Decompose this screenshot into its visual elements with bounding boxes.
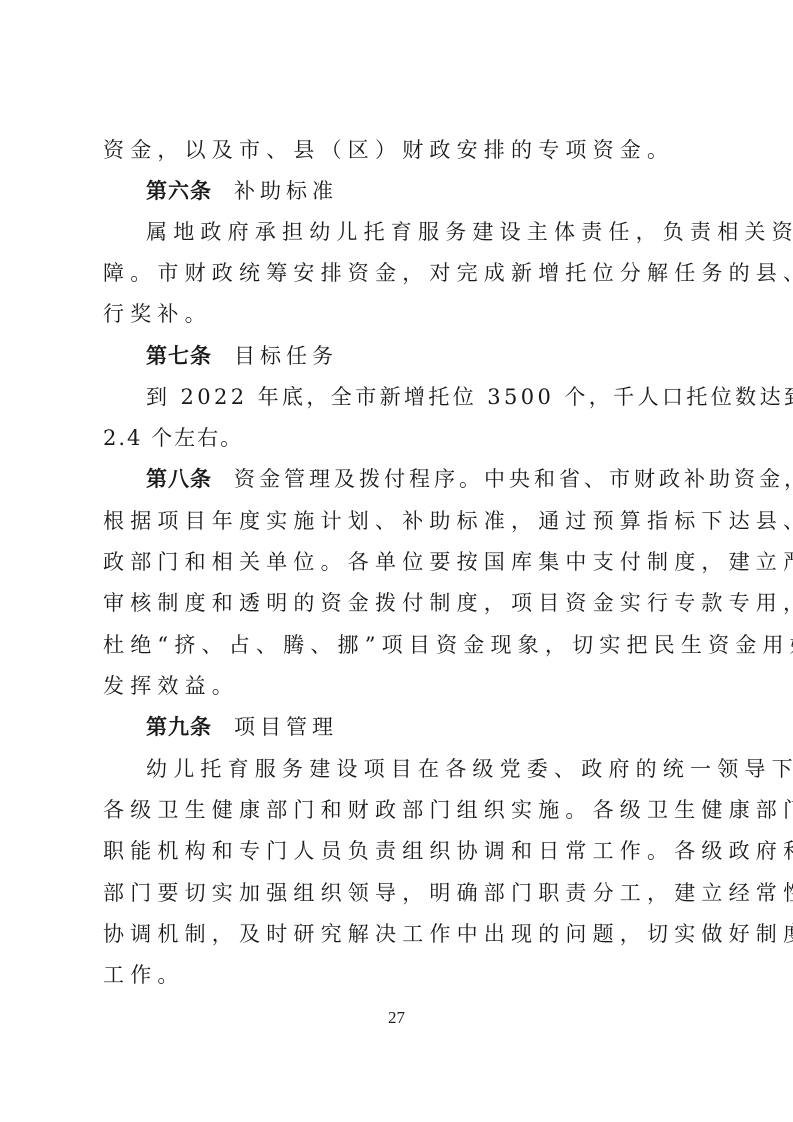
article-number: 第七条 [146,344,212,368]
body-text-line: 杜绝“挤、占、腾、挪”项目资金现象，切实把民生资金用好， [103,630,693,660]
body-text-line: 职能机构和专门人员负责组织协调和日常工作。各级政府和有关 [103,836,693,866]
body-text-line: 协调机制，及时研究解决工作中出现的问题，切实做好制度实施 [103,919,693,949]
article-number: 第六条 [146,179,212,203]
body-text-line: 2.4 个左右。 [103,423,693,453]
body-text-line: 资金，以及市、县（区）财政安排的专项资金。 [103,135,693,165]
article-number: 第九条 [146,715,212,739]
body-text-line: 属地政府承担幼儿托育服务建设主体责任，负责相关资金保 [146,217,693,247]
body-text-line: 工作。 [103,960,693,990]
body-text-line: 障。市财政统筹安排资金，对完成新增托位分解任务的县、区进 [103,258,693,288]
body-text-line: 行奖补。 [103,299,693,329]
body-text-line: 政部门和相关单位。各单位要按国库集中支付制度，建立严密的 [103,547,693,577]
body-text-line: 根据项目年度实施计划、补助标准，通过预算指标下达县、区财 [103,506,693,536]
article-title: 目标任务 [234,344,338,368]
article-heading: 第七条目标任务 [146,341,338,371]
body-text-line: 各级卫生健康部门和财政部门组织实施。各级卫生健康部门明确 [103,795,693,825]
article-title: 资金管理及拨付程序。中央和省、市财政补助资金， [234,467,793,491]
article-title: 项目管理 [234,715,338,739]
article-title: 补助标准 [234,179,338,203]
article-heading: 第九条项目管理 [146,712,338,742]
body-text-line: 幼儿托育服务建设项目在各级党委、政府的统一领导下，由 [146,754,693,784]
body-text-line: 部门要切实加强组织领导，明确部门职责分工，建立经常性沟通 [103,878,693,908]
body-text-line: 到 2022 年底，全市新增托位 3500 个，千人口托位数达到 [146,382,693,412]
article-heading: 第八条资金管理及拨付程序。中央和省、市财政补助资金， [146,464,693,494]
document-page: 资金，以及市、县（区）财政安排的专项资金。 第六条补助标准 属地政府承担幼儿托育… [0,0,793,1122]
body-text-line: 发挥效益。 [103,671,693,701]
page-number: 27 [0,1008,793,1028]
article-number: 第八条 [146,467,212,491]
body-text-line: 审核制度和透明的资金拨付制度，项目资金实行专款专用，坚决 [103,588,693,618]
article-heading: 第六条补助标准 [146,176,338,206]
